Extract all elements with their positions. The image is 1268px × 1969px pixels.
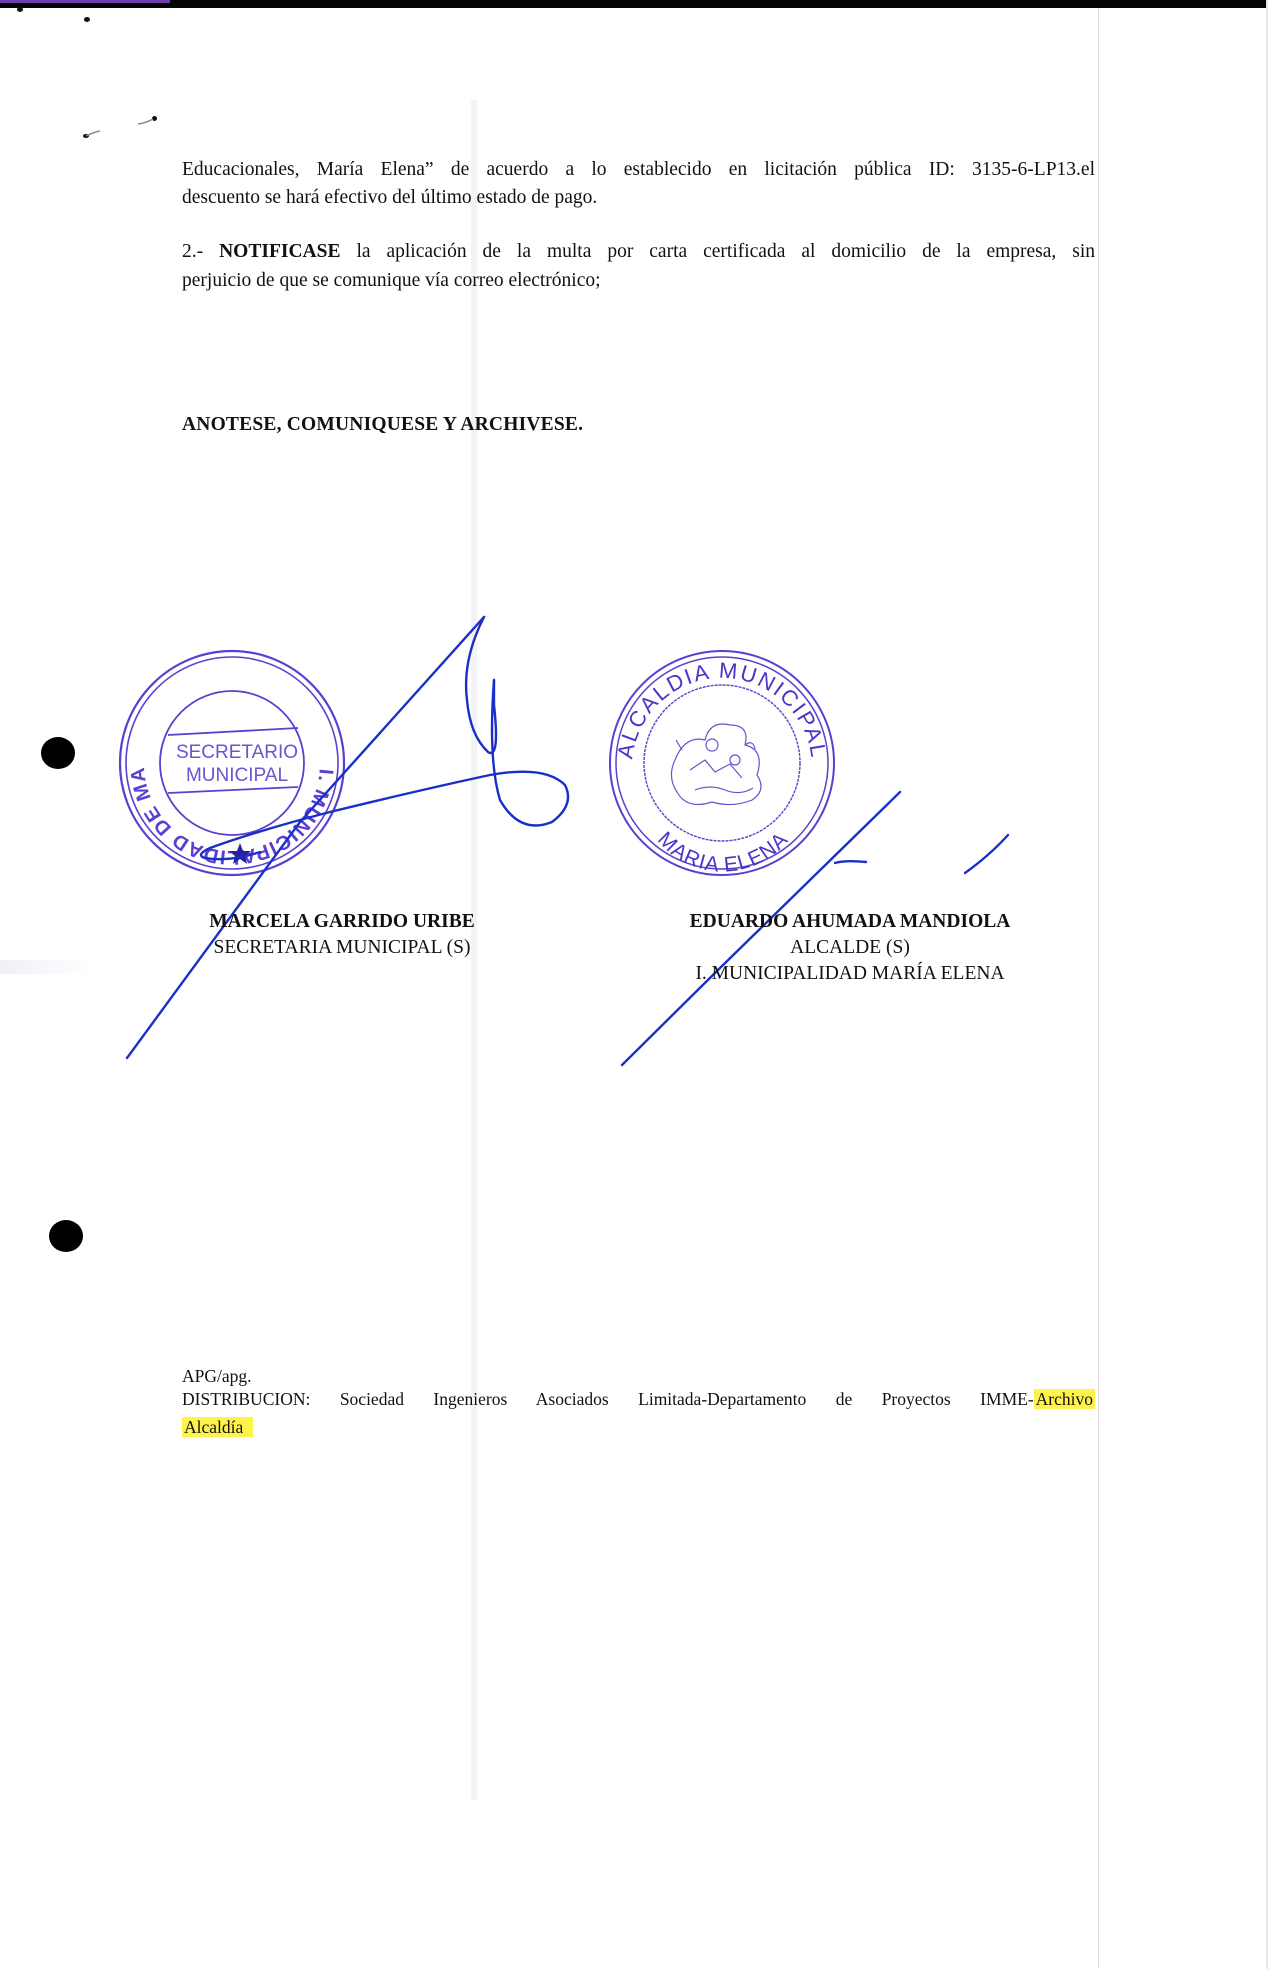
signatory-right-institution: I. MUNICIPALIDAD MARÍA ELENA: [640, 961, 1060, 987]
left-stamp-center-2: MUNICIPAL: [186, 765, 288, 786]
signatory-right: EDUARDO AHUMADA MANDIOLA ALCALDE (S) I. …: [640, 909, 1060, 987]
distribution-text: Sociedad Ingenieros Asociados Limitada-D…: [340, 1389, 1034, 1409]
svg-text:MARIA ELENA: MARIA ELENA: [653, 828, 793, 877]
right-seal-stamp: ALCALDIA MUNICIPAL MARIA ELENA: [610, 651, 834, 877]
signatory-right-name: EDUARDO AHUMADA MANDIOLA: [640, 909, 1060, 935]
highlight-alcaldia: Alcaldía: [182, 1417, 253, 1437]
signatory-left: MARCELA GARRIDO URIBE SECRETARIA MUNICIP…: [182, 909, 502, 961]
right-stamp-top-text: ALCALDIA MUNICIPAL: [612, 658, 831, 761]
highlight-archivo: Archivo: [1034, 1389, 1095, 1409]
signatory-left-name: MARCELA GARRIDO URIBE: [182, 909, 502, 935]
coat-of-arms-icon: [671, 724, 761, 805]
svg-text:I. MUNICIPALIDAD DE MARIA ELEN: I. MUNICIPALIDAD DE MARIA ELENA: [0, 0, 337, 868]
left-seal-stamp: I. MUNICIPALIDAD DE MARIA ELENA SECRETAR…: [0, 0, 344, 875]
stamps-and-signatures: I. MUNICIPALIDAD DE MARIA ELENA SECRETAR…: [0, 0, 1268, 1969]
left-stamp-ring-text: I. MUNICIPALIDAD DE MARIA ELENA: [0, 0, 337, 868]
left-stamp-center-1: SECRETARIO: [176, 742, 298, 763]
footer-initials: APG/apg.: [182, 1364, 252, 1388]
right-stamp-bottom-text: MARIA ELENA: [653, 828, 793, 877]
signatory-left-title: SECRETARIA MUNICIPAL (S): [182, 935, 502, 961]
distribution-label: DISTRIBUCION:: [182, 1389, 310, 1409]
footer-distribution-line: DISTRIBUCION: Sociedad Ingenieros Asocia…: [182, 1387, 1095, 1411]
signatory-right-title: ALCALDE (S): [640, 935, 1060, 961]
svg-text:ALCALDIA MUNICIPAL: ALCALDIA MUNICIPAL: [612, 658, 831, 761]
footer-distribution-line-2: Alcaldía: [182, 1415, 253, 1439]
